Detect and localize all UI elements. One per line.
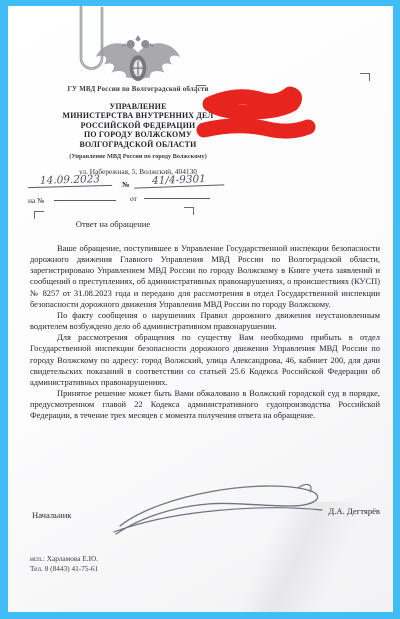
executor-name: исп.: Харламова Е.Ю. <box>30 554 98 564</box>
signer-name: Д.А. Дегтярёв <box>328 506 380 516</box>
number-label: № <box>122 180 130 189</box>
document-page: ГУ МВД России по Волгоградской области У… <box>8 6 393 612</box>
letter-body: Ваше обращение, поступившее в Управление… <box>30 243 380 422</box>
from-blank <box>144 187 210 199</box>
paragraph-appeal-rights: Принятое решение может быть Вами обжалов… <box>30 388 380 421</box>
reply-to-blank <box>54 189 116 201</box>
signature-block: Начальник Д.А. Дегтярёв <box>30 476 380 546</box>
paragraph-registration: Ваше обращение, поступившее в Управление… <box>30 243 380 310</box>
signer-position: Начальник <box>32 510 71 520</box>
reply-to-label: на № <box>28 196 44 205</box>
scanned-letter-screenshot: { "letterhead": { "parent_org": "ГУ МВД … <box>0 0 400 619</box>
reference-block: 14.09.2023 № 41/4-9301 на № от <box>26 174 256 214</box>
paragraph-case-opened: По факту сообщения о нарушениях Правил д… <box>30 310 380 332</box>
corner-mark <box>360 73 370 81</box>
executor-phone: Тел. 8 (8443) 41-75-61 <box>30 564 98 574</box>
executor-footer: исп.: Харламова Е.Ю. Тел. 8 (8443) 41-75… <box>30 554 98 573</box>
from-label: от <box>130 194 137 203</box>
red-marker-redaction <box>188 78 333 150</box>
document-subject: Ответ на обращение <box>28 219 198 229</box>
corner-mark <box>184 207 194 215</box>
organization-short-name: (Управление МВД России по городу Волжско… <box>18 153 258 160</box>
scan-border-frame: ГУ МВД России по Волгоградской области У… <box>0 0 400 619</box>
corner-mark <box>34 211 44 219</box>
handwritten-signature <box>112 476 340 542</box>
handwritten-date: 14.09.2023 <box>28 173 112 188</box>
mvd-double-eagle-emblem <box>92 32 184 84</box>
paragraph-appear-instructions: Для рассмотрения обращения по существу В… <box>30 332 380 388</box>
